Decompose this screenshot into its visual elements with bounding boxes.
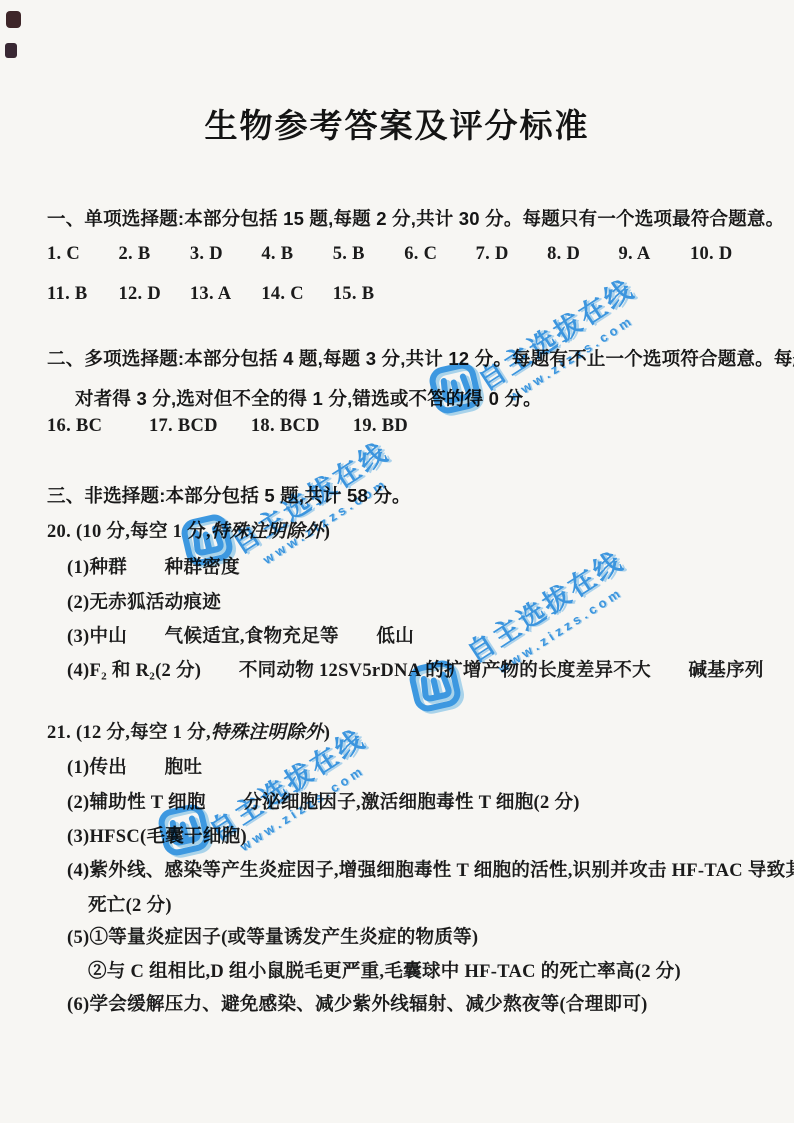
q21-answer-line: (1)传出 胞吐: [67, 753, 202, 779]
single-choice-answers-row1: 1. C 2. B 3. D 4. B 5. B 6. C 7. D 8. D …: [47, 244, 756, 265]
question-header-note: 特殊注明除外: [211, 522, 324, 542]
question-header-prefix: 21. (12 分,每空 1 分,: [47, 723, 211, 743]
answer-item: 19. BD: [353, 416, 450, 437]
scan-artifact: [6, 11, 21, 28]
q21-answer-line-continuation: 死亡(2 分): [88, 891, 172, 917]
q21-answer-line: (5)①等量炎症因子(或等量诱发产生炎症的物质等): [67, 923, 478, 949]
watermark-brand-text: 自主选拔在线: [454, 537, 635, 673]
answer-item: 5. B: [333, 244, 400, 265]
answer-item: 11. B: [47, 284, 114, 305]
answer-item: 1. C: [47, 244, 114, 265]
multi-choice-answers-row: 16. BC 17. BCD 18. BCD 19. BD: [47, 416, 450, 437]
answer-item: 7. D: [476, 244, 543, 265]
answer-item: 4. B: [261, 244, 328, 265]
question-header-note: 特殊注明除外: [211, 723, 324, 743]
single-choice-answers-row2: 11. B 12. D 13. A 14. C 15. B: [47, 284, 399, 305]
q21-answer-line: (6)学会缓解压力、避免感染、减少紫外线辐射、减少熬夜等(合理即可): [67, 990, 648, 1016]
q21-answer-line: (2)辅助性 T 细胞 分泌细胞因子,激活细胞毒性 T 细胞(2 分): [67, 788, 580, 814]
section-non-choice-heading: 三、非选择题:本部分包括 5 题,共计 58 分。: [47, 482, 411, 508]
q20-answer-line: (1)种群 种群密度: [67, 553, 240, 579]
answer-item: 8. D: [547, 244, 614, 265]
answer-item: 17. BCD: [149, 416, 246, 437]
question-header-prefix: 20. (10 分,每空 1 分,: [47, 522, 211, 542]
answer-item: 15. B: [333, 284, 400, 305]
answer-item: 18. BCD: [251, 416, 348, 437]
question-header-suffix: ): [324, 723, 330, 743]
q21-answer-line: (4)紫外线、感染等产生炎症因子,增强细胞毒性 T 细胞的活性,识别并攻击 HF…: [67, 856, 794, 882]
page-title: 生物参考答案及评分标准: [0, 100, 794, 147]
answer-item: 14. C: [261, 284, 328, 305]
q21-answer-line: ②与 C 组相比,D 组小鼠脱毛更严重,毛囊球中 HF-TAC 的死亡率高(2 …: [88, 957, 681, 983]
q20-answer-line: (2)无赤狐活动痕迹: [67, 588, 221, 614]
scan-artifact: [5, 43, 17, 58]
answer-item: 10. D: [690, 244, 757, 265]
answer-item: 2. B: [118, 244, 185, 265]
answer-item: 16. BC: [47, 416, 144, 437]
answer-item: 9. A: [619, 244, 686, 265]
q20-answer-line: (3)中山 气候适宜,食物充足等 低山: [67, 622, 414, 648]
section-multi-choice-heading-line1: 二、多项选择题:本部分包括 4 题,每题 3 分,共计 12 分。每题有不止一个…: [47, 345, 794, 371]
answer-item: 6. C: [404, 244, 471, 265]
section-multi-choice-heading-line2: 对者得 3 分,选对但不全的得 1 分,错选或不答的得 0 分。: [75, 385, 542, 411]
watermark-brand-text: 自主选拔在线: [465, 265, 646, 401]
q20-answer-line: (4)F₂ 和 R₂(2 分) 不同动物 12SV5rDNA 的扩增产物的长度差…: [67, 656, 764, 682]
question-header-suffix: ): [324, 522, 330, 542]
answer-item: 3. D: [190, 244, 257, 265]
question-20-header: 20. (10 分,每空 1 分,特殊注明除外): [47, 517, 330, 543]
question-21-header: 21. (12 分,每空 1 分,特殊注明除外): [47, 718, 330, 744]
answer-item: 12. D: [118, 284, 185, 305]
answer-sheet-page: 生物参考答案及评分标准 一、单项选择题:本部分包括 15 题,每题 2 分,共计…: [0, 0, 794, 1123]
answer-item: 13. A: [190, 284, 257, 305]
section-single-choice-heading: 一、单项选择题:本部分包括 15 题,每题 2 分,共计 30 分。每题只有一个…: [47, 205, 784, 231]
q21-answer-line: (3)HFSC(毛囊干细胞): [67, 822, 247, 848]
